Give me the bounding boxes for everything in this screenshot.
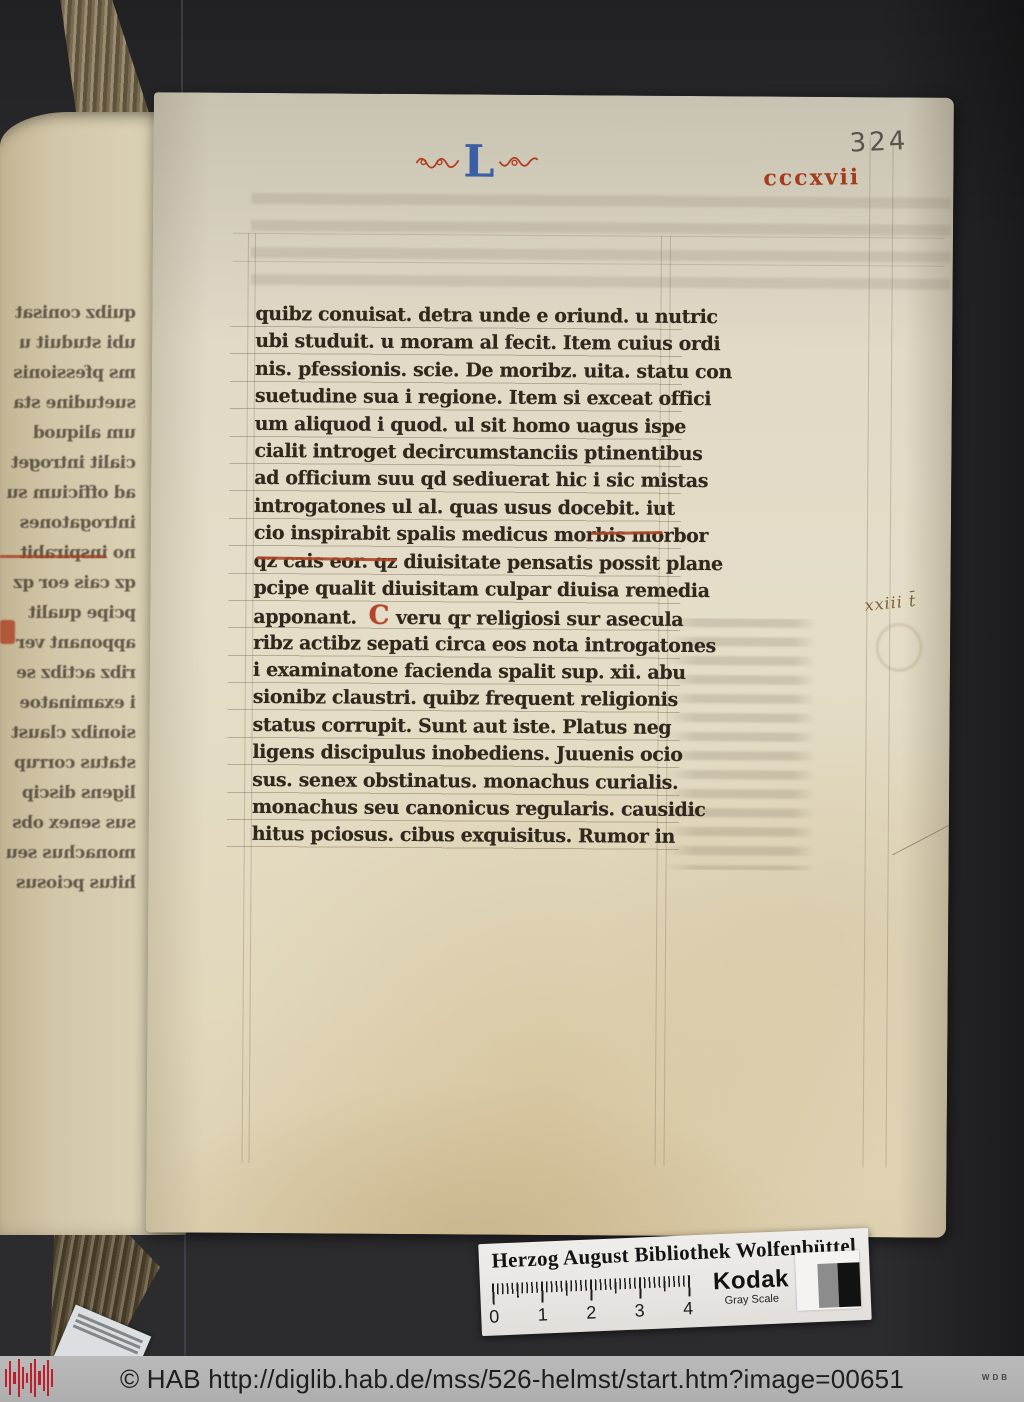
ghost-text-line: hitus pciosus	[4, 868, 136, 898]
manuscript-text: cialit introget decircumstanciis ptinent…	[254, 440, 702, 465]
running-header: L	[415, 140, 538, 185]
manuscript-text-line: ad officium suu qd sediuerat hic i sic m…	[229, 465, 681, 496]
ghost-text-line: monachus seu	[4, 838, 136, 868]
manuscript-text: ribz actibz sepati circa eos nota introg…	[253, 632, 716, 657]
ghost-text-line: sionibz claust	[4, 718, 136, 748]
manuscript-text-line: suetudine sua i regione. Item si exceat …	[230, 383, 682, 414]
manuscript-text-block: quibz conuisat. detra unde e oriund. u n…	[227, 301, 683, 852]
manuscript-text: qz cais eor. qz diuisitate pensatis poss…	[254, 549, 723, 574]
registration-bar	[22, 1367, 24, 1389]
ghost-text-line: no inspirabit	[4, 538, 136, 568]
manuscript-text: veru qr religiosi sur asecula	[396, 607, 683, 631]
ruler-number: 4	[682, 1298, 695, 1319]
manuscript-text-line: um aliquod i quod. ul sit homo uagus isp…	[230, 410, 682, 441]
manuscript-text: ligens discipulus inobediens. Juuenis oc…	[252, 741, 682, 766]
ruler-number: 1	[536, 1304, 549, 1325]
mirrored-showthrough-text: quibz conisatubi studuit ums pfessioniss…	[4, 298, 136, 914]
manuscript-text: introgatones ul al. quas usus docebit. i…	[254, 495, 675, 520]
manuscript-text-line: ligens discipulus inobediens. Juuenis oc…	[227, 739, 679, 770]
stamp-ghost-circle	[876, 623, 922, 671]
ruler-number: 2	[585, 1302, 598, 1323]
manuscript-text: pcipe qualit diuisitam culpar diuisa rem…	[253, 577, 709, 602]
manuscript-text: sus. senex obstinatus. monachus curialis…	[252, 769, 678, 794]
black-swatch	[837, 1262, 861, 1307]
registration-bar	[51, 1369, 53, 1387]
header-initial-letter: L	[463, 140, 494, 184]
penwork-flourish-icon	[415, 154, 459, 170]
ghost-text-line: sus senex obs	[4, 808, 136, 838]
scratch-mark	[892, 825, 949, 856]
manuscript-text-line: apponant.Cveru qr religiosi sur asecula	[228, 602, 680, 633]
ghost-text-line: qz cais eor qz	[4, 568, 136, 598]
ghost-rubric-underline	[0, 555, 106, 558]
ghost-text-line: apponant ver	[4, 628, 136, 658]
ghost-text-line: ms pfessionis	[4, 358, 136, 388]
manuscript-text: sionibz claustri. quibz frequent religio…	[253, 686, 678, 711]
kodak-brand: Kodak Gray Scale	[704, 1267, 799, 1308]
registration-bar	[18, 1359, 20, 1397]
manuscript-text-line: cio inspirabit spalis medicus morbis mor…	[229, 520, 681, 551]
digitized-manuscript-photo: quibz conisatubi studuit ums pfessioniss…	[0, 0, 1024, 1402]
manuscript-text: ubi studuit. u moram al fecit. Item cuiu…	[255, 330, 720, 355]
manuscript-text: suetudine sua i regione. Item si exceat …	[255, 385, 711, 410]
manuscript-page: 324 cccxvii L quibz conuisat. detra unde…	[146, 92, 954, 1238]
manuscript-text: ad officium suu qd sediuerat hic i sic m…	[254, 467, 708, 492]
caption-bar: © HAB http://diglib.hab.de/mss/526-helms…	[0, 1356, 1024, 1402]
ruler-ticks	[492, 1275, 692, 1283]
label-text-line	[75, 1319, 141, 1349]
registration-bar	[38, 1371, 40, 1385]
manuscript-text-line: introgatones ul al. quas usus docebit. i…	[229, 492, 681, 523]
registration-bar	[43, 1365, 45, 1391]
registration-bar	[34, 1359, 36, 1397]
ghost-text-line: ligens discip	[4, 778, 136, 808]
manuscript-text: status corrupit. Sunt aut iste. Platus n…	[252, 714, 671, 739]
manuscript-text-line: status corrupit. Sunt aut iste. Platus n…	[227, 712, 679, 743]
manuscript-text-line: sus. senex obstinatus. monachus curialis…	[227, 766, 679, 797]
ghost-text-line: pcipe qualit	[4, 598, 136, 628]
manuscript-text-line: quibz conuisat. detra unde e oriund. u n…	[230, 301, 682, 332]
manuscript-text-line: hitus pciosus. cibus exquisitus. Rumor i…	[227, 821, 679, 852]
ruler: 01234	[492, 1275, 698, 1330]
penwork-flourish-icon	[498, 155, 538, 171]
manuscript-text: monachus seu canonicus regularis. causid…	[252, 796, 706, 821]
copyright-url-caption: © HAB http://diglib.hab.de/mss/526-helms…	[120, 1364, 904, 1395]
manuscript-text-line: cialit introget decircumstanciis ptinent…	[229, 438, 681, 469]
ghost-text-line: ubi studuit u	[4, 328, 136, 358]
manuscript-text-line: nis. pfessionis. scie. De moribz. uita. …	[230, 356, 682, 387]
registration-bar	[9, 1361, 11, 1395]
glass-plate-edge	[184, 1228, 186, 1358]
margin-annotation: xxiii t̄	[864, 591, 918, 615]
registration-bar	[47, 1360, 49, 1396]
manuscript-text: i examinatone facienda spalit sup. xii. …	[253, 659, 686, 684]
watermark-text: WDB	[982, 1373, 1010, 1382]
ghost-text-line: i examinatoe	[4, 688, 136, 718]
manuscript-text-line: ribz actibz sepati circa eos nota introg…	[228, 629, 680, 660]
ghost-rubric-initial	[0, 620, 15, 644]
kodak-gray-scale-card: Herzog August Bibliothek Wolfenbüttel 01…	[478, 1228, 872, 1336]
rubric-folio-number: cccxvii	[763, 164, 860, 191]
ghost-text-line: um aliquod	[4, 418, 136, 448]
manuscript-text: nis. pfessionis. scie. De moribz. uita. …	[255, 358, 732, 383]
kodak-logo: Kodak	[704, 1267, 799, 1295]
registration-bar	[26, 1373, 28, 1383]
showthrough-texture	[251, 193, 952, 306]
manuscript-text-line: ubi studuit. u moram al fecit. Item cuiu…	[230, 328, 682, 359]
registration-bar	[5, 1369, 7, 1387]
ruler-number: 3	[633, 1300, 646, 1321]
manuscript-text: apponant.	[253, 606, 356, 629]
manuscript-text-line: monachus seu canonicus regularis. causid…	[227, 794, 679, 825]
ghost-text-line: quibz conisat	[4, 298, 136, 328]
registration-bar	[13, 1372, 15, 1384]
gray-scale-patch	[795, 1250, 861, 1311]
manuscript-text: quibz conuisat. detra unde e oriund. u n…	[255, 303, 717, 328]
manuscript-text-line: pcipe qualit diuisitam culpar diuisa rem…	[228, 575, 680, 606]
ruler-number: 0	[488, 1306, 501, 1327]
manuscript-text-line: sionibz claustri. quibz frequent religio…	[228, 684, 680, 715]
manuscript-text-line: qz cais eor. qz diuisitate pensatis poss…	[229, 547, 681, 578]
ghost-text-line: status corrup	[4, 748, 136, 778]
ghost-text-line: suetudine sta	[4, 388, 136, 418]
manuscript-text: um aliquod i quod. ul sit homo uagus isp…	[255, 412, 686, 437]
gray-swatch	[817, 1263, 839, 1308]
color-registration-mark	[5, 1358, 53, 1398]
ghost-text-line: introgatones	[4, 508, 136, 538]
registration-bar	[30, 1363, 32, 1393]
ghost-text-line: ad officium su	[4, 478, 136, 508]
ghost-text-line: cialit introget	[4, 448, 136, 478]
rubric-capitulum: C	[369, 601, 390, 631]
pencil-folio-number: 324	[849, 126, 909, 159]
manuscript-text: hitus pciosus. cibus exquisitus. Rumor i…	[252, 823, 675, 848]
manuscript-text-line: i examinatone facienda spalit sup. xii. …	[228, 657, 680, 688]
manuscript-text: cio inspirabit spalis medicus morbis mor…	[254, 522, 708, 547]
label-text-line	[73, 1324, 139, 1354]
ghost-text-line: ribz actibz se	[4, 658, 136, 688]
